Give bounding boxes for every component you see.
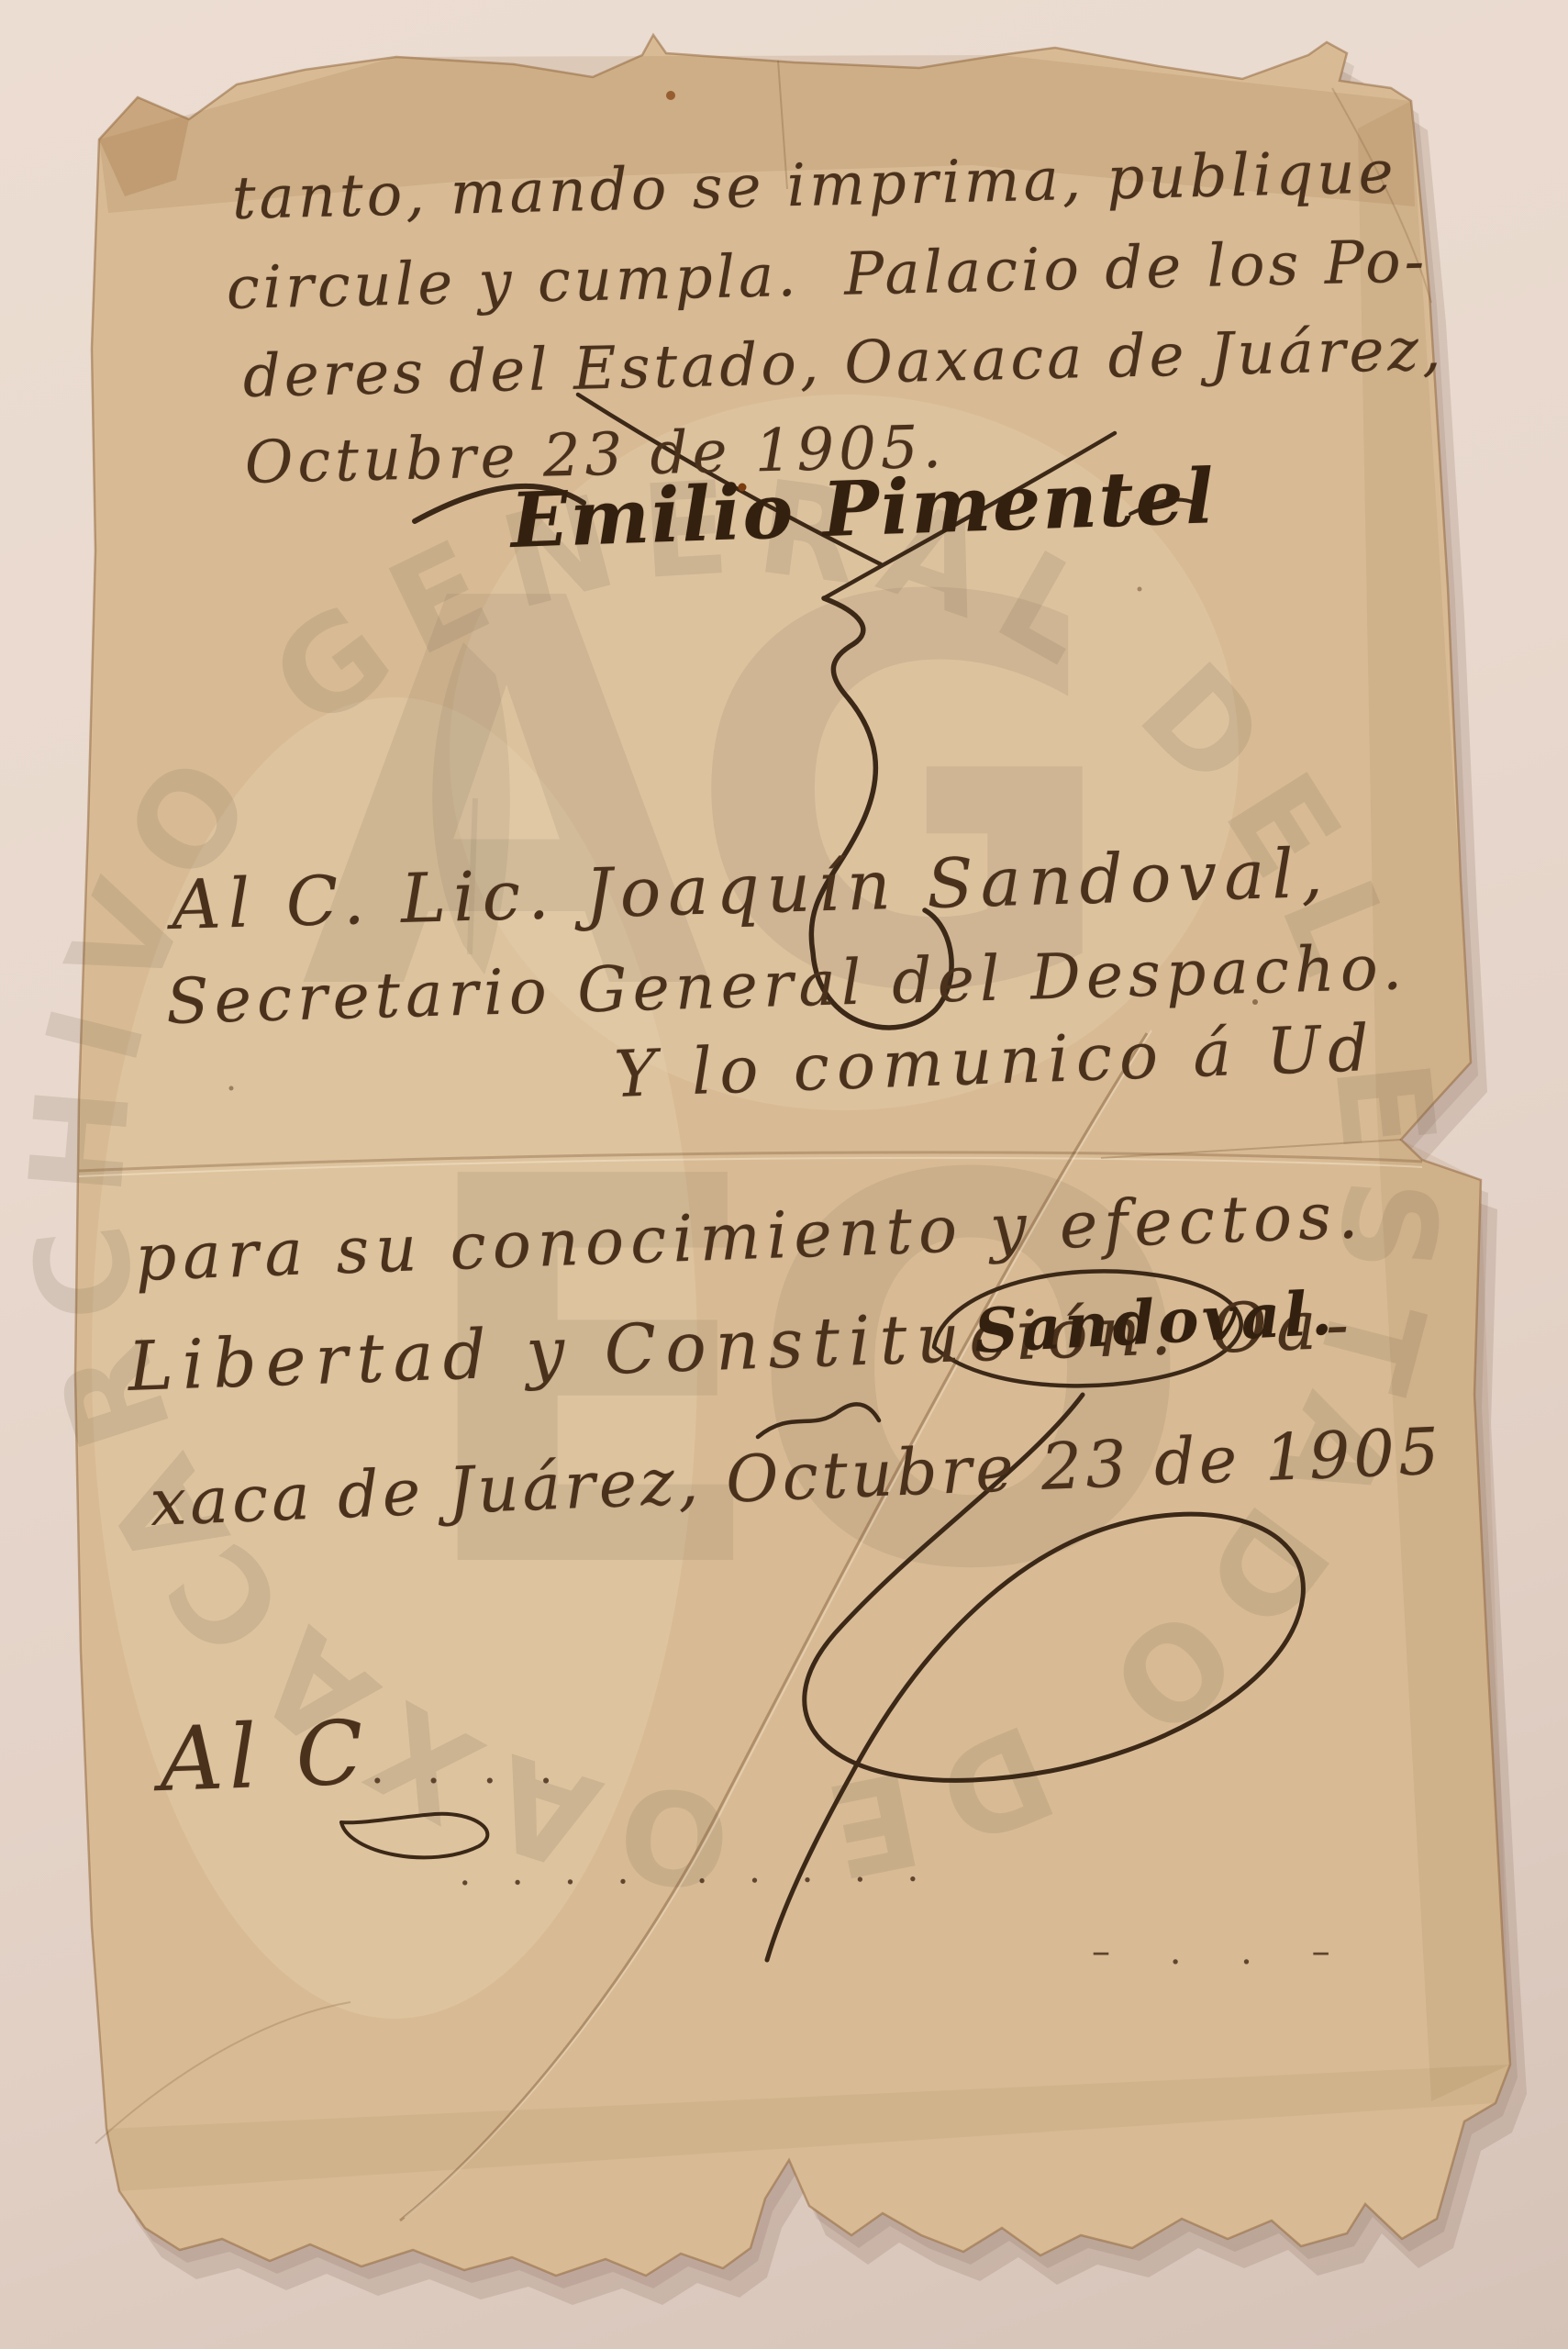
dotted-line-2: – . . – <box>1092 1931 1354 1973</box>
speck <box>1138 587 1142 592</box>
footer-salutation: Al C <box>158 1701 371 1811</box>
speck <box>229 1086 234 1091</box>
footer-salutation-dots: . . . . <box>371 1743 567 1793</box>
dotted-line-1: . . . . . . . . . <box>459 1847 933 1894</box>
stain-speck <box>666 91 675 100</box>
document-photo: ARCHIVO GENERAL DEL ESTADO DE OAXACA AG … <box>0 0 1568 2349</box>
